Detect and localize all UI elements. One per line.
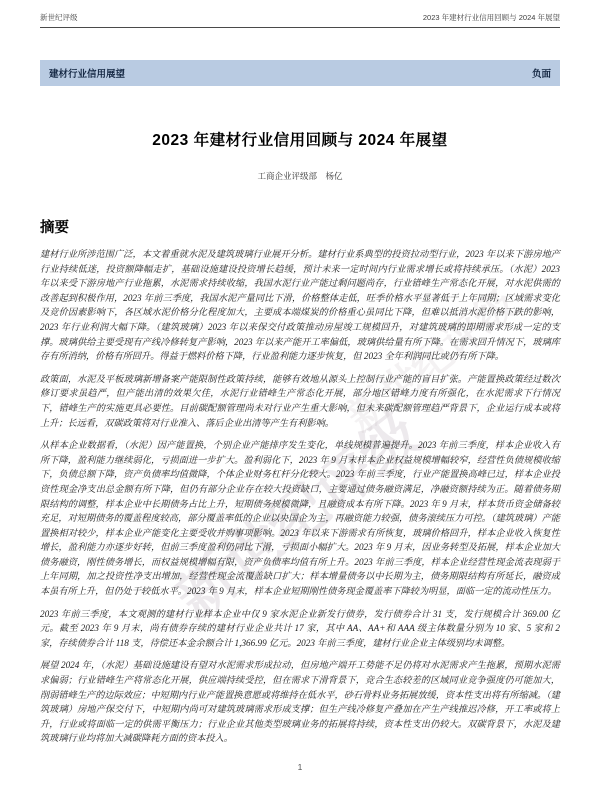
credit-outlook-banner: 建材行业信用展望 负面 xyxy=(40,60,560,86)
abstract-paragraph: 建材行业所涉范围广泛，本文着重就水泥及建筑玻璃行业展开分析。建材行业系典型的投资… xyxy=(40,247,560,364)
page-title: 2023 年建材行业信用回顾与 2024 年展望 xyxy=(40,128,560,150)
abstract-heading: 摘要 xyxy=(40,216,560,237)
header-left-brand: 新世纪评级 xyxy=(40,12,78,23)
abstract-paragraph: 2023 年前三季度，本文观测的建材行业样本企业中仅 9 家水泥企业新发行债券，… xyxy=(40,607,560,651)
abstract-body: 建材行业所涉范围广泛，本文着重就水泥及建筑玻璃行业展开分析。建材行业系典型的投资… xyxy=(40,247,560,746)
header-right-title: 2023 年建材行业信用回顾与 2024 年展望 xyxy=(423,12,560,23)
abstract-paragraph: 从样本企业数据看，（水泥）因产能置换，个别企业产能排序发生变化，单线规模普遍提升… xyxy=(40,438,560,599)
running-header: 新世纪评级 2023 年建材行业信用回顾与 2024 年展望 xyxy=(40,12,560,28)
abstract-paragraph: 展望 2024 年，（水泥）基础设施建设有望对水泥需求形成拉动，但房地产端开工势… xyxy=(40,658,560,746)
outlook-label: 建材行业信用展望 xyxy=(49,66,125,80)
abstract-paragraph: 政策面，水泥及平板玻璃新增备案产能限制性政策持续，能够有效地从源头上控制行业产能… xyxy=(40,372,560,430)
outlook-value: 负面 xyxy=(532,66,551,80)
document-page: 新世纪评级 新世纪评级 新世纪评级 2023 年建材行业信用回顾与 2024 年… xyxy=(0,0,600,800)
byline: 工商企业评级部 杨亿 xyxy=(40,170,560,182)
page-number: 1 xyxy=(0,762,600,772)
